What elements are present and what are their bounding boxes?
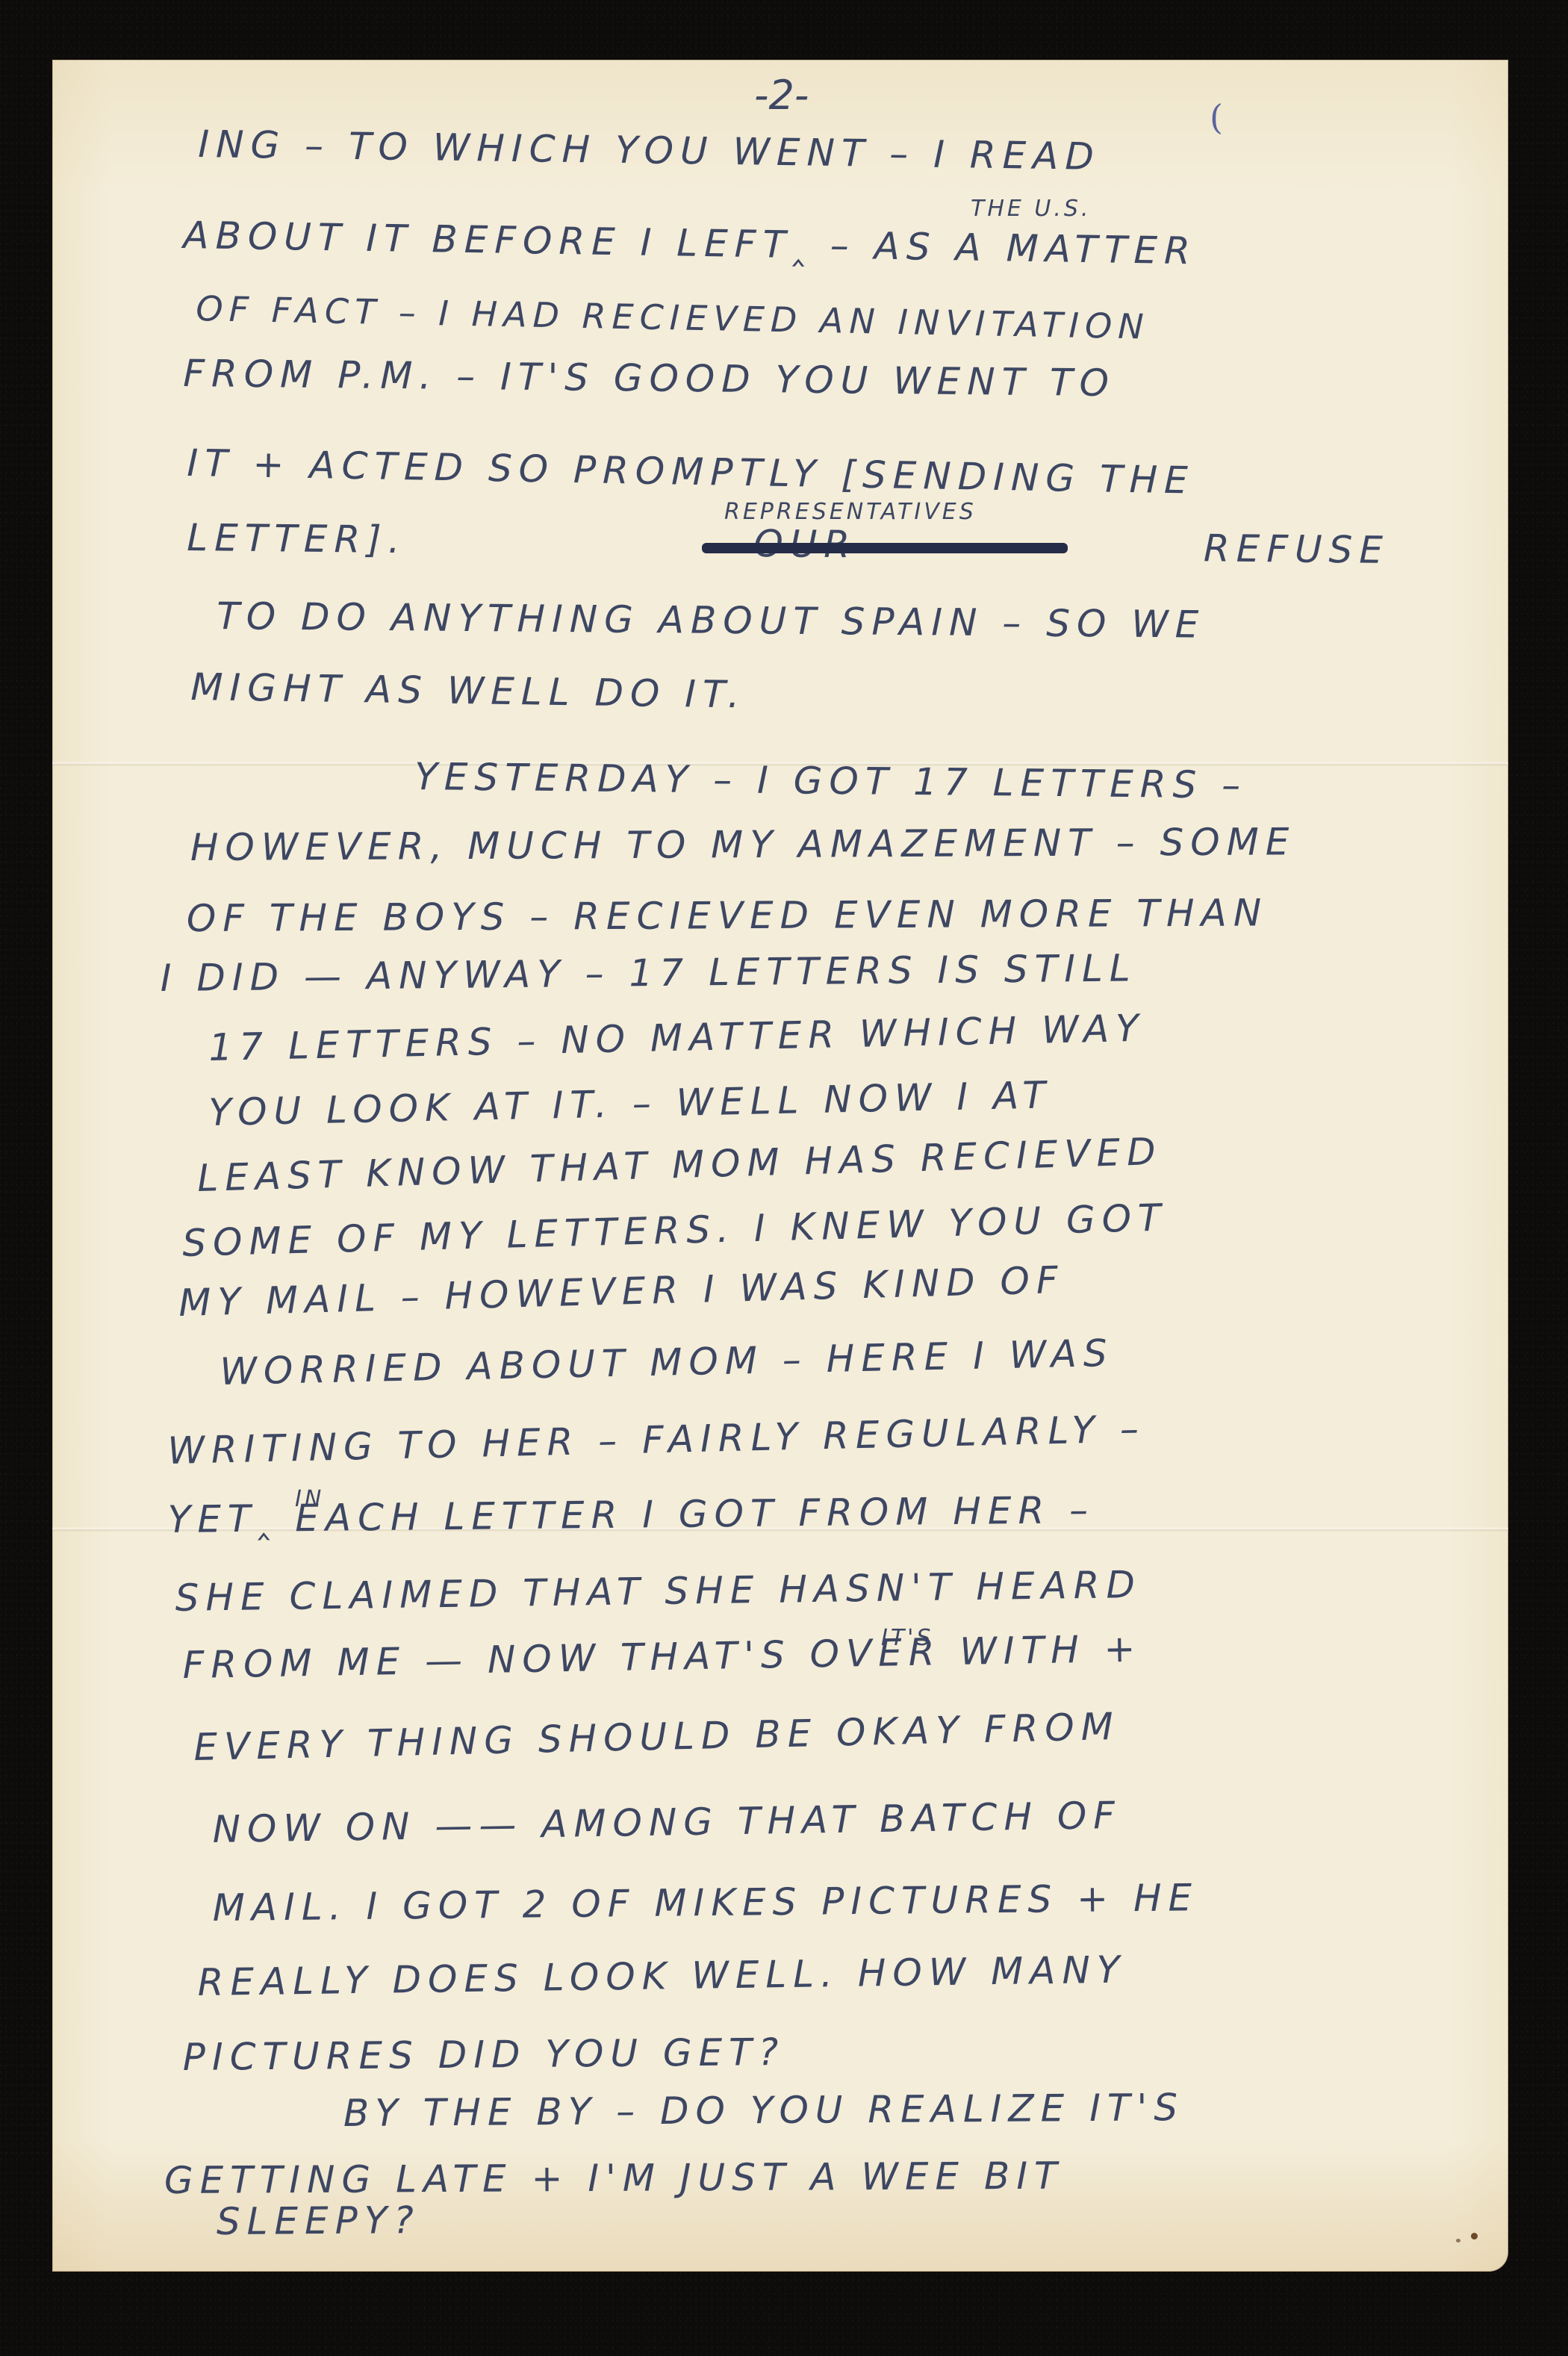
inserted-text: REPRESENTATIVES — [724, 499, 977, 525]
inserted-text: THE U.S. — [971, 196, 1091, 222]
margin-mark: ( — [1210, 97, 1223, 137]
letter-line: YESTERDAY – I GOT 17 LETTERS – — [414, 758, 1247, 804]
letter-line: HOWEVER, MUCH TO MY AMAZEMENT – SOME — [190, 823, 1296, 866]
letter-line: PICTURES DID YOU GET? — [183, 2033, 785, 2076]
ink-spot — [1471, 2233, 1478, 2240]
letter-line: OF THE BOYS – RECIEVED EVEN MORE THAN — [187, 894, 1269, 937]
letter-line: MAIL. I GOT 2 OF MIKES PICTURES + HE — [212, 1879, 1198, 1927]
ink-spot — [1456, 2239, 1460, 2242]
letter-line: I DID — ANYWAY – 17 LETTERS IS STILL — [160, 949, 1136, 997]
letter-line: SLEEPY? — [217, 2201, 420, 2240]
letter-line: GETTING LATE + I'M JUST A WEE BIT — [164, 2157, 1064, 2199]
page-number: -2- — [754, 72, 809, 119]
letter-line: TO DO ANYTHING ABOUT SPAIN – SO WE — [217, 597, 1205, 644]
letter-line: YET‸ EACH LETTER I GOT FROM HER – — [167, 1491, 1095, 1538]
letter-line: BY THE BY – DO YOU REALIZE IT'S — [343, 2089, 1184, 2132]
struck-out-word — [702, 543, 1068, 553]
letter-line: FROM P.M. – IT'S GOOD YOU WENT TO — [183, 355, 1116, 402]
letter-line: MIGHT AS WELL DO IT. — [190, 668, 747, 713]
